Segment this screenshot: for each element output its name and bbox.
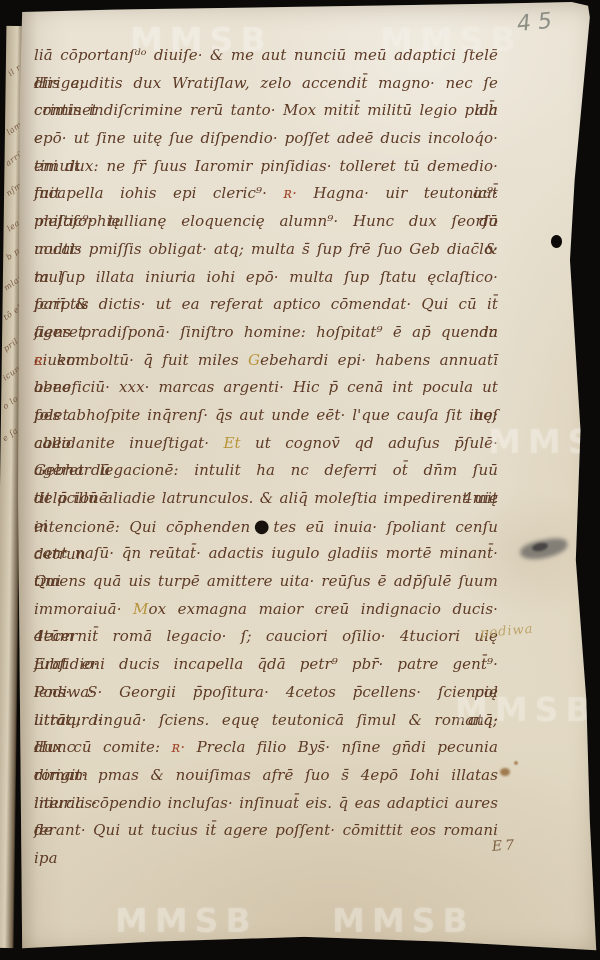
gutter-text-fragment: o lo [1,394,20,411]
gutter-text-fragment: e ſa [1,426,20,443]
mmsb-watermark: MMSB [488,422,598,461]
manuscript-line: Erat eni ducis incapella q̄dā petr⁹ pbr̄… [34,651,498,679]
manuscript-line: beneficiū· xxx· marcas argenti· Hic p̄ c… [34,374,498,402]
manuscript-line: epō· ut ſine uitę ſue diſpendio· poſſet … [34,125,498,153]
manuscript-line: literali cōpendio incluſas· inſinuat̄ ei… [34,790,498,818]
mmsb-watermark: MMSB [332,901,475,940]
manuscript-line: decernit̄ romā legacio· ſ; cauciori oſil… [34,623,498,651]
rust-spot-small [514,761,518,765]
manuscript-line: immoraiuā· Mox exmagna maior creū indign… [34,596,498,624]
wormhole-spot [551,235,562,248]
mmsb-watermark: MMSB [380,20,523,59]
manuscript-line: intencionē: Qui cōphenden●tes eū inuia· … [34,513,498,541]
manuscript-line: eni dux: ne fr̄ ſuus Iaromir pinſidias· … [34,153,498,181]
manuscript-line: tit p̄ illū aliadie latrunculos. & aliq̄… [34,485,498,513]
manuscript-line: meſtic⁹· tullianę eloquencię alumn⁹· Hun… [34,208,498,236]
scanned-manuscript-view: { "page_meta": { "folio_number": "45", "… [0,0,600,960]
margin-note: podiwa [479,622,534,642]
manuscript-line: parī & dictis· ut ea referat aptico cōme… [34,291,498,319]
mmsb-watermark: MMSB [130,20,273,59]
manuscript-line: ſiens pradiſponā· ſiniſtro homine: hoſpi… [34,319,498,347]
manuscript-line: ageret legacionē: intulit ha nc deferri … [34,457,498,485]
mmsb-watermark: MMSB [115,901,258,940]
manuscript-line: dirigit· pmas & nouiſimas afrē ſuo s̄ 4e… [34,762,498,790]
manuscript-line: ʀ· komboltū· q̄ fuit miles Gebehardi epi… [34,347,498,375]
manuscript-line: cant naſū· q̄n reūtat̄· adactis iugulo g… [34,540,498,568]
manuscript-line: pes abhoſpite inq̄renſ· q̄s aut unde eēt… [34,402,498,430]
manuscript-line: incapella iohis epi cleric⁹· ʀ· Hagna· u… [34,180,498,208]
manuscript-text: liā cōportanſᵈᵒ diuiſe· & me aut nunciū … [34,42,498,845]
manuscript-line: ferant· Qui ut tucius it̄ agere poſſent·… [34,817,498,845]
gutter-text-fragment: il r [6,63,22,78]
manuscript-page: 45 liā cōportanſᵈᵒ diuiſe· & me aut nunc… [14,2,598,954]
bottom-mark: E7 [491,837,517,855]
manuscript-line: ta ſup illata iniuria iohi epō· multa ſu… [34,264,498,292]
manuscript-line: crimis indiſcrimine rerū tanto· Mox miti… [34,97,498,125]
manuscript-line: His auditis dux Wratiſlaw, zelo accendit… [34,70,498,98]
manuscript-line: abeo nite inueſtigat· Et ut cognov̄ qd a… [34,430,498,458]
mmsb-watermark: MMSB [455,690,598,729]
manuscript-line: timens quā uis turpē amittere uita· reūſ… [34,568,498,596]
manuscript-line: utrāq; linguā· ſciens. equę teutonicā ſi… [34,707,498,735]
manuscript-line: multis pmiſſis obligat· atq; multa s̄ ſu… [34,236,498,264]
manuscript-line: lens· S· Georgii p̄poſitura· 4cetos p̄ce… [34,679,498,707]
rust-spot [500,768,510,776]
manuscript-line: dux cū comite: ʀ· Precla filio Bys̄· nſi… [34,734,498,762]
